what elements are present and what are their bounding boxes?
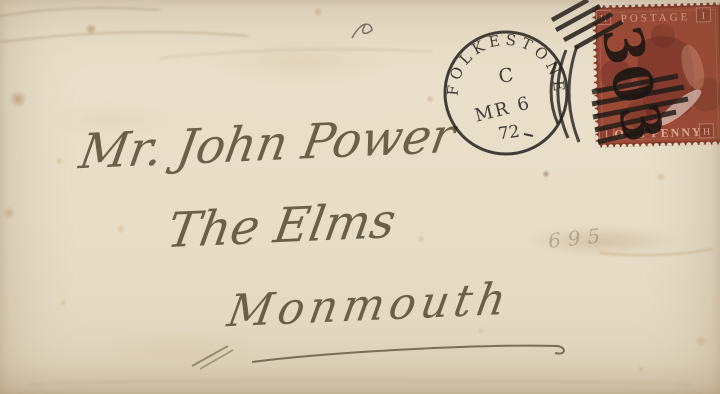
envelope: Mr. John Power The Elms Monmouth 695 H I — [0, 0, 720, 394]
corner-letter-tl: H — [600, 13, 608, 24]
corner-letter-bl: I — [605, 129, 609, 140]
address-line-name: Mr. John Power — [75, 108, 458, 181]
corner-letter-tr: I — [702, 11, 706, 22]
cds-index-letter: C — [497, 64, 515, 88]
th-cross-stroke — [192, 346, 228, 366]
stamp-art: H I I H POSTAGE ONE PENNY — [592, 2, 720, 147]
cds-stray-dash — [524, 134, 533, 136]
penny-red-stamp: H I I H POSTAGE ONE PENNY — [592, 2, 720, 147]
cds-year: 72 — [497, 122, 521, 145]
th-cross-stroke — [200, 350, 233, 369]
cds-postmark: FOLKESTONE C MR 6 72 — [444, 31, 569, 154]
address-line-town: Monmouth — [224, 274, 515, 338]
stray-ink-squiggle — [352, 24, 372, 38]
cds-date: MR 6 — [473, 92, 534, 126]
address-line-house: The Elms — [163, 193, 399, 259]
cds-town-arc: FOLKESTONE — [444, 31, 569, 97]
underline-flourish — [252, 346, 564, 362]
cds-town-text: FOLKESTONE — [444, 31, 569, 97]
cds-ring — [445, 32, 567, 154]
stamp-postage-text: POSTAGE — [621, 11, 691, 25]
duplex-oval-arcs — [551, 46, 579, 142]
corner-letter-br: H — [703, 127, 711, 138]
stamp-one-penny-text: ONE PENNY — [614, 125, 703, 141]
faint-pencil-note: 695 — [547, 223, 608, 253]
